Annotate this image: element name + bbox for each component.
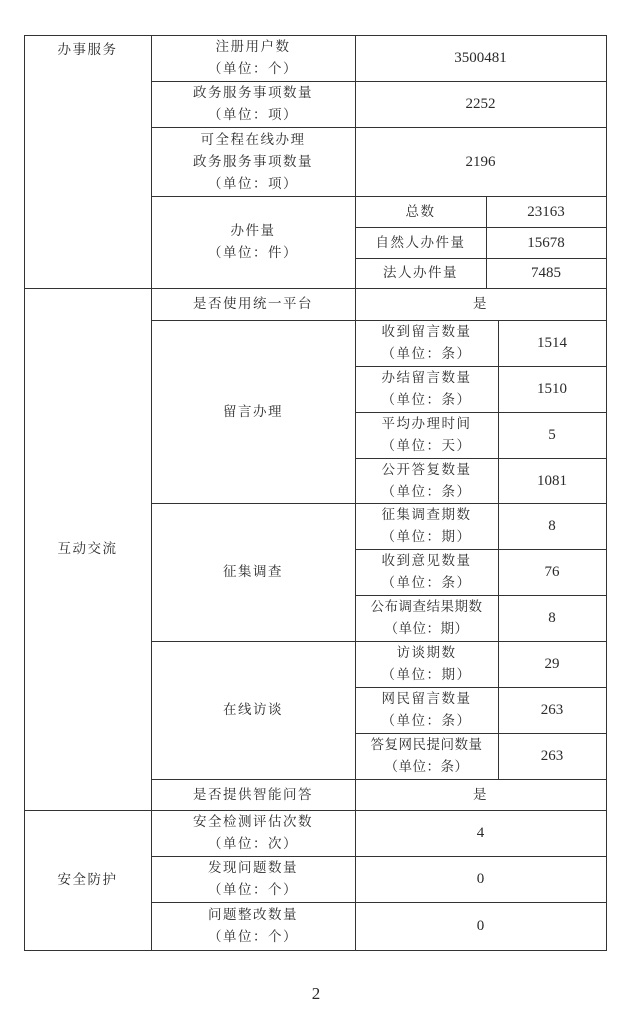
cases-legal-label: 法人办件量 xyxy=(355,258,486,288)
group-interview: 在线访谈 xyxy=(151,641,355,779)
section-label: 办事服务 xyxy=(58,39,118,61)
value: 2196 xyxy=(466,151,496,173)
row-unified-platform: 是否使用统一平台 xyxy=(151,288,355,320)
row-name: 是否使用统一平台 xyxy=(193,293,313,315)
label: 访谈期数 xyxy=(397,642,457,664)
table-border xyxy=(151,503,607,504)
row-registered-users: 注册用户数 （单位：个） xyxy=(151,35,355,81)
value: 1081 xyxy=(537,470,567,492)
table-border xyxy=(24,288,607,289)
cases-natural-label: 自然人办件量 xyxy=(355,227,486,258)
row-name-line2: 政务服务事项数量 xyxy=(193,151,313,173)
table-border xyxy=(151,320,607,321)
value: 263 xyxy=(541,699,564,721)
section-label: 安全防护 xyxy=(58,869,118,891)
messages-avg-time-label: 平均办理时间（单位：天） xyxy=(355,412,498,458)
messages-public-reply-value: 1081 xyxy=(498,458,606,503)
table-border xyxy=(486,196,487,288)
label: 公布调查结果期数 xyxy=(371,596,483,618)
unit: （单位：条） xyxy=(382,389,472,411)
table-border xyxy=(355,227,607,228)
row-name: 办件量 xyxy=(231,220,276,242)
row-name: 发现问题数量 xyxy=(208,857,298,879)
table-border xyxy=(355,412,607,413)
group-name: 在线访谈 xyxy=(223,699,283,721)
table-border xyxy=(24,950,607,951)
row-unit: （单位：个） xyxy=(208,879,298,901)
value: 263 xyxy=(541,745,564,767)
group-name: 留言办理 xyxy=(223,401,283,423)
unit: （单位：条） xyxy=(382,343,472,365)
value: 1514 xyxy=(537,332,567,354)
section-label: 互动交流 xyxy=(58,538,118,560)
survey-opinions-label: 收到意见数量（单位：条） xyxy=(355,549,498,595)
row-unit: （单位：个） xyxy=(208,926,298,948)
cases-legal-value: 7485 xyxy=(486,258,606,288)
table-border xyxy=(355,687,607,688)
row-cases: 办件量 （单位：件） xyxy=(151,196,355,288)
table-border xyxy=(24,810,607,811)
table-border xyxy=(151,196,607,197)
value: 15678 xyxy=(527,232,565,254)
table-border xyxy=(151,81,607,82)
table-border xyxy=(355,366,607,367)
unit: （单位：期） xyxy=(385,618,469,640)
row-issues-fixed: 问题整改数量（单位：个） xyxy=(151,902,355,950)
table-border xyxy=(355,595,607,596)
value: 8 xyxy=(548,607,556,629)
row-unit: （单位：项） xyxy=(208,104,298,126)
survey-periods-value: 8 xyxy=(498,503,606,549)
row-name: 注册用户数 xyxy=(216,36,291,58)
label: 总数 xyxy=(406,201,436,223)
value: 76 xyxy=(545,561,560,583)
interview-periods-label: 访谈期数（单位：期） xyxy=(355,641,498,687)
value: 2252 xyxy=(466,93,496,115)
value: 7485 xyxy=(531,262,561,284)
value: 5 xyxy=(548,424,556,446)
label: 征集调查期数 xyxy=(382,504,472,526)
section-label-interaction: 互动交流 xyxy=(24,288,151,810)
value-issues-found: 0 xyxy=(355,856,606,902)
table-border xyxy=(355,35,356,950)
cases-natural-value: 15678 xyxy=(486,227,606,258)
messages-closed-value: 1510 xyxy=(498,366,606,412)
value: 8 xyxy=(548,515,556,537)
unit: （单位：条） xyxy=(385,756,469,778)
row-unit: （单位：项） xyxy=(208,173,298,195)
messages-public-reply-label: 公开答复数量（单位：条） xyxy=(355,458,498,503)
label: 公开答复数量 xyxy=(382,459,472,481)
group-messages: 留言办理 xyxy=(151,320,355,503)
value: 是 xyxy=(473,784,488,806)
value: 23163 xyxy=(527,201,565,223)
row-unit: （单位：件） xyxy=(208,242,298,264)
value: 1510 xyxy=(537,378,567,400)
survey-results-label: 公布调查结果期数（单位：期） xyxy=(355,595,498,641)
unit: （单位：条） xyxy=(382,481,472,503)
row-name: 安全检测评估次数 xyxy=(193,811,313,833)
row-name: 政务服务事项数量 xyxy=(193,82,313,104)
value-registered-users: 3500481 xyxy=(355,35,606,81)
table-border xyxy=(151,127,607,128)
cases-total-value: 23163 xyxy=(486,196,606,227)
value-security-checks: 4 xyxy=(355,810,606,856)
label: 网民留言数量 xyxy=(382,688,472,710)
row-online-service-items: 可全程在线办理 政务服务事项数量 （单位：项） xyxy=(151,127,355,196)
value: 4 xyxy=(477,822,485,844)
messages-received-label: 收到留言数量（单位：条） xyxy=(355,320,498,366)
unit: （单位：条） xyxy=(382,710,472,732)
table-border xyxy=(151,641,607,642)
value-service-items: 2252 xyxy=(355,81,606,127)
label: 收到留言数量 xyxy=(382,321,472,343)
table-border xyxy=(151,902,607,903)
value-smart-qa: 是 xyxy=(355,779,606,810)
value: 29 xyxy=(545,653,560,675)
row-name: 问题整改数量 xyxy=(208,904,298,926)
survey-opinions-value: 76 xyxy=(498,549,606,595)
row-issues-found: 发现问题数量（单位：个） xyxy=(151,856,355,902)
row-name-line1: 可全程在线办理 xyxy=(201,129,306,151)
row-smart-qa: 是否提供智能问答 xyxy=(151,779,355,810)
table-border xyxy=(606,35,607,950)
table-border xyxy=(24,35,25,950)
value: 0 xyxy=(477,868,485,890)
unit: （单位：条） xyxy=(382,572,472,594)
unit: （单位：期） xyxy=(382,664,472,686)
value: 3500481 xyxy=(454,47,507,69)
label: 自然人办件量 xyxy=(376,232,466,254)
value-issues-fixed: 0 xyxy=(355,902,606,950)
messages-avg-time-value: 5 xyxy=(498,412,606,458)
table-border xyxy=(24,35,607,36)
label: 答复网民提问数量 xyxy=(371,734,483,756)
table-border xyxy=(355,549,607,550)
row-unit: （单位：个） xyxy=(208,58,298,80)
value: 0 xyxy=(477,915,485,937)
value-unified-platform: 是 xyxy=(355,288,606,320)
label: 平均办理时间 xyxy=(382,413,472,435)
messages-received-value: 1514 xyxy=(498,320,606,366)
value-online-service-items: 2196 xyxy=(355,127,606,196)
table-border xyxy=(151,856,607,857)
unit: （单位：期） xyxy=(382,526,472,548)
row-security-checks: 安全检测评估次数（单位：次） xyxy=(151,810,355,856)
label: 法人办件量 xyxy=(383,262,458,284)
interview-periods-value: 29 xyxy=(498,641,606,687)
row-name: 是否提供智能问答 xyxy=(193,784,313,806)
interview-replies-value: 263 xyxy=(498,733,606,779)
section-label-security: 安全防护 xyxy=(24,810,151,950)
table-border xyxy=(151,779,607,780)
value: 是 xyxy=(473,293,488,315)
unit: （单位：天） xyxy=(382,435,472,457)
interview-netizen-messages-value: 263 xyxy=(498,687,606,733)
messages-closed-label: 办结留言数量（单位：条） xyxy=(355,366,498,412)
cases-total-label: 总数 xyxy=(355,196,486,227)
section-label-service: 办事服务 xyxy=(24,35,151,288)
survey-results-value: 8 xyxy=(498,595,606,641)
row-unit: （单位：次） xyxy=(208,833,298,855)
table-border xyxy=(355,733,607,734)
survey-periods-label: 征集调查期数（单位：期） xyxy=(355,503,498,549)
table-border xyxy=(151,35,152,950)
page-number: 2 xyxy=(0,984,623,1004)
interview-netizen-messages-label: 网民留言数量（单位：条） xyxy=(355,687,498,733)
label: 办结留言数量 xyxy=(382,367,472,389)
table-border xyxy=(355,258,607,259)
group-name: 征集调查 xyxy=(223,561,283,583)
table-border xyxy=(355,458,607,459)
label: 收到意见数量 xyxy=(382,550,472,572)
row-service-items: 政务服务事项数量 （单位：项） xyxy=(151,81,355,127)
interview-replies-label: 答复网民提问数量（单位：条） xyxy=(355,733,498,779)
group-survey: 征集调查 xyxy=(151,503,355,641)
